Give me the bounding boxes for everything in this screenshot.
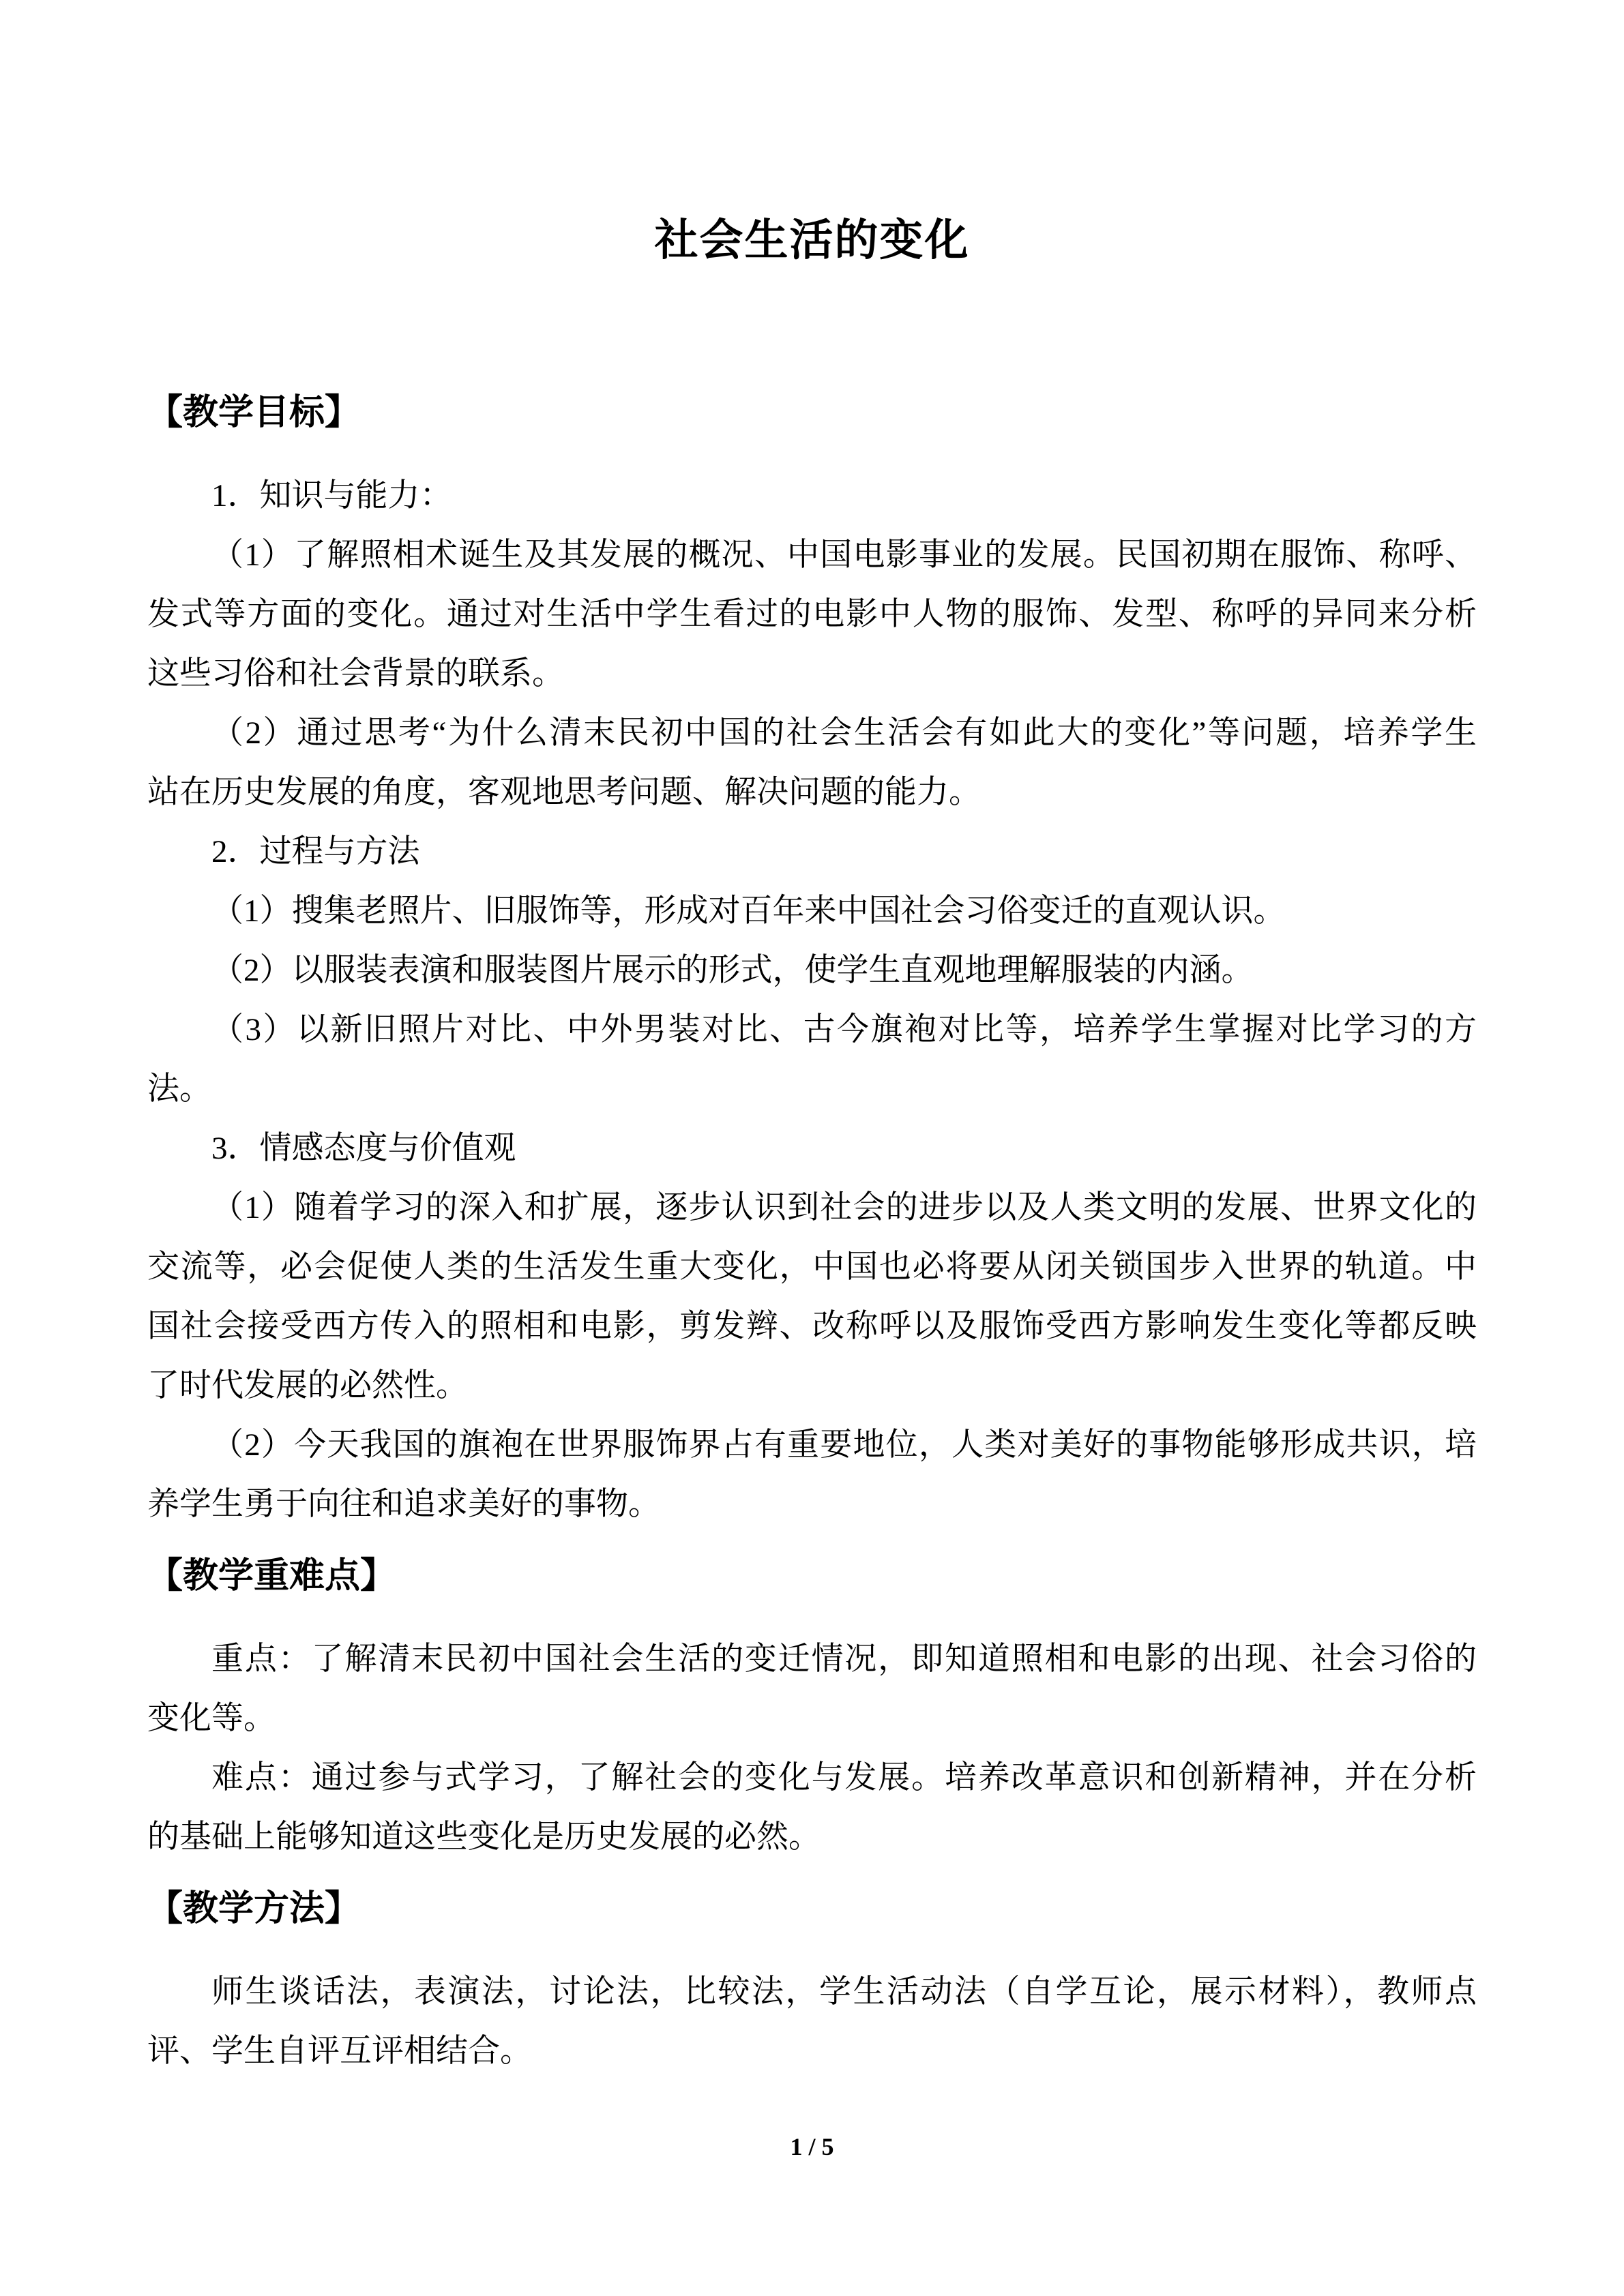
section-heading: 【教学重难点】 — [147, 1546, 1477, 1607]
text-line: （2）以服装表演和服装图片展示的形式，使学生直观地理解服装的内涵。 — [147, 941, 1477, 1000]
text-line: 站在历史发展的角度，客观地思考问题、解决问题的能力。 — [147, 763, 1477, 822]
text-line: （3）以新旧照片对比、中外男装对比、古今旗袍对比等，培养学生掌握对比学习的方 — [147, 1000, 1477, 1060]
text-line: 养学生勇于向往和追求美好的事物。 — [147, 1475, 1477, 1534]
text-line: 评、学生自评互评相结合。 — [147, 2022, 1477, 2081]
text-line: （1）随着学习的深入和扩展，逐步认识到社会的进步以及人类文明的发展、世界文化的 — [147, 1178, 1477, 1238]
text-line: 发式等方面的变化。通过对生活中学生看过的电影中人物的服饰、发型、称呼的异同来分析 — [147, 585, 1477, 644]
text-line: 国社会接受西方传入的照相和电影，剪发辫、改称呼以及服饰受西方影响发生变化等都反映 — [147, 1297, 1477, 1356]
text-line: 师生谈话法，表演法，讨论法，比较法，学生活动法（自学互论，展示材料），教师点 — [147, 1963, 1477, 2022]
text-line: 了时代发展的必然性。 — [147, 1356, 1477, 1416]
text-line: 重点：了解清末民初中国社会生活的变迁情况，即知道照相和电影的出现、社会习俗的 — [147, 1630, 1477, 1689]
text-line: 的基础上能够知道这些变化是历史发展的必然。 — [147, 1808, 1477, 1867]
text-line: 这些习俗和社会背景的联系。 — [147, 644, 1477, 704]
text-line: （1）搜集老照片、旧服饰等，形成对百年来中国社会习俗变迁的直观认识。 — [147, 882, 1477, 941]
page-number: 1 / 5 — [0, 2133, 1624, 2160]
text-line: 变化等。 — [147, 1689, 1477, 1748]
text-line: （2）今天我国的旗袍在世界服饰界占有重要地位，人类对美好的事物能够形成共识，培 — [147, 1416, 1477, 1475]
text-line: 2．过程与方法 — [147, 822, 1477, 882]
text-line: 法。 — [147, 1060, 1477, 1119]
text-line: （2）通过思考“为什么清末民初中国的社会生活会有如此大的变化”等问题，培养学生 — [147, 704, 1477, 763]
text-line: 交流等，必会促使人类的生活发生重大变化，中国也必将要从闭关锁国步入世界的轨道。中 — [147, 1238, 1477, 1297]
section-heading: 【教学方法】 — [147, 1879, 1477, 1940]
document-page: 社会生活的变化【教学目标】1．知识与能力：（1）了解照相术诞生及其发展的概况、中… — [0, 0, 1624, 2296]
section-heading: 【教学目标】 — [147, 383, 1477, 444]
text-line: （1）了解照相术诞生及其发展的概况、中国电影事业的发展。民国初期在服饰、称呼、 — [147, 526, 1477, 585]
document-body: 社会生活的变化【教学目标】1．知识与能力：（1）了解照相术诞生及其发展的概况、中… — [0, 0, 1624, 2081]
text-line: 3．情感态度与价值观 — [147, 1119, 1477, 1178]
document-title: 社会生活的变化 — [147, 210, 1477, 271]
text-line: 1．知识与能力： — [147, 466, 1477, 526]
text-line: 难点：通过参与式学习，了解社会的变化与发展。培养改革意识和创新精神，并在分析 — [147, 1748, 1477, 1808]
